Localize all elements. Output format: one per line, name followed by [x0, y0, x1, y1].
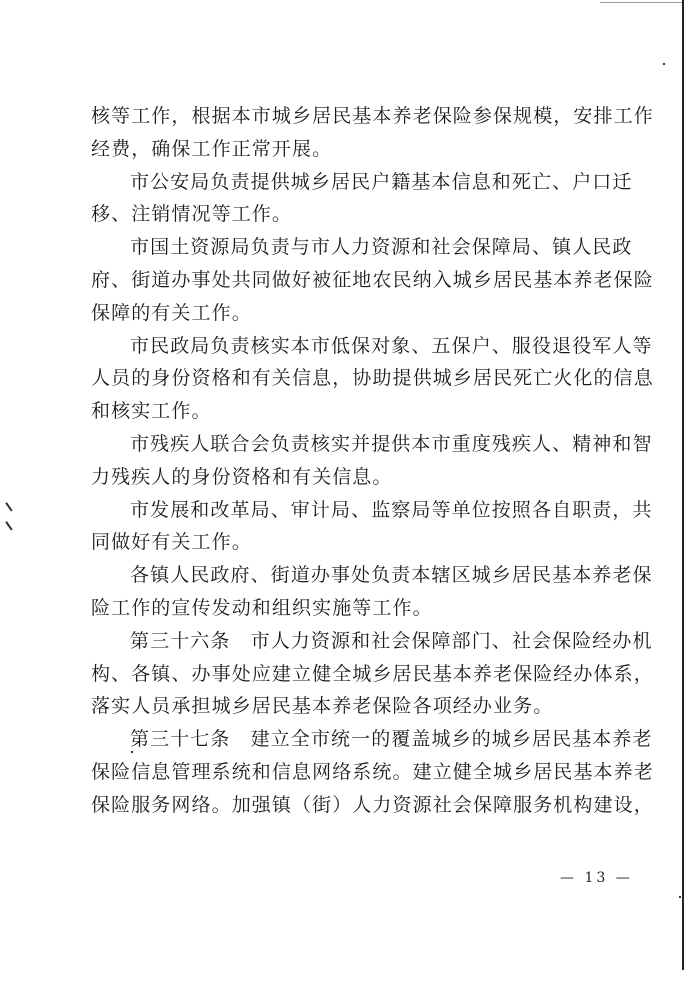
text-line: 人员的身份资格和有关信息，协助提供城乡居民死亡火化的信息 — [91, 362, 611, 395]
text-line: 市民政局负责核实本市低保对象、五保户、服役退役军人等 — [91, 330, 611, 363]
scan-edge-right — [682, 0, 684, 970]
page-number: — 13 — — [560, 870, 633, 886]
text-line: 市发展和改革局、审计局、监察局等单位按照各自职责，共 — [91, 494, 611, 527]
text-line: 保险服务网络。加强镇（街）人力资源社会保障服务机构建设， — [91, 789, 611, 822]
text-line: 力残疾人的身份资格和有关信息。 — [91, 461, 611, 494]
scan-edge-top — [600, 2, 682, 3]
text-line: 同做好有关工作。 — [91, 526, 611, 559]
text-line: 市残疾人联合会负责核实并提供本市重度残疾人、精神和智 — [91, 428, 611, 461]
text-line: 各镇人民政府、街道办事处负责本辖区城乡居民基本养老保 — [91, 559, 611, 592]
scan-mark — [5, 502, 12, 511]
text-line: 府、街道办事处共同做好被征地农民纳入城乡居民基本养老保险 — [91, 264, 611, 297]
text-line: 经费，确保工作正常开展。 — [91, 133, 611, 166]
text-line: 和核实工作。 — [91, 395, 611, 428]
text-line: 市公安局负责提供城乡居民户籍基本信息和死亡、户口迁 — [91, 166, 611, 199]
text-line: 保险信息管理系统和信息网络系统。建立健全城乡居民基本养老 — [91, 756, 611, 789]
text-line: 落实人员承担城乡居民基本养老保险各项经办业务。 — [91, 690, 611, 723]
scan-mark — [5, 521, 12, 530]
scan-speck — [663, 63, 665, 65]
document-body: 核等工作，根据本市城乡居民基本养老保险参保规模，安排工作经费，确保工作正常开展。… — [91, 100, 611, 822]
text-line: 险工作的宣传发动和组织实施等工作。 — [91, 592, 611, 625]
text-line: 核等工作，根据本市城乡居民基本养老保险参保规模，安排工作 — [91, 100, 611, 133]
text-line: 构、各镇、办事处应建立健全城乡居民基本养老保险经办体系， — [91, 658, 611, 691]
text-line: 保障的有关工作。 — [91, 297, 611, 330]
scan-speck — [679, 896, 681, 898]
text-line: 移、注销情况等工作。 — [91, 198, 611, 231]
text-line: 第三十七条 建立全市统一的覆盖城乡的城乡居民基本养老 — [91, 723, 611, 756]
text-line: 市国土资源局负责与市人力资源和社会保障局、镇人民政 — [91, 231, 611, 264]
text-line: 第三十六条 市人力资源和社会保障部门、社会保险经办机 — [91, 625, 611, 658]
document-page: 核等工作，根据本市城乡居民基本养老保险参保规模，安排工作经费，确保工作正常开展。… — [0, 0, 700, 990]
